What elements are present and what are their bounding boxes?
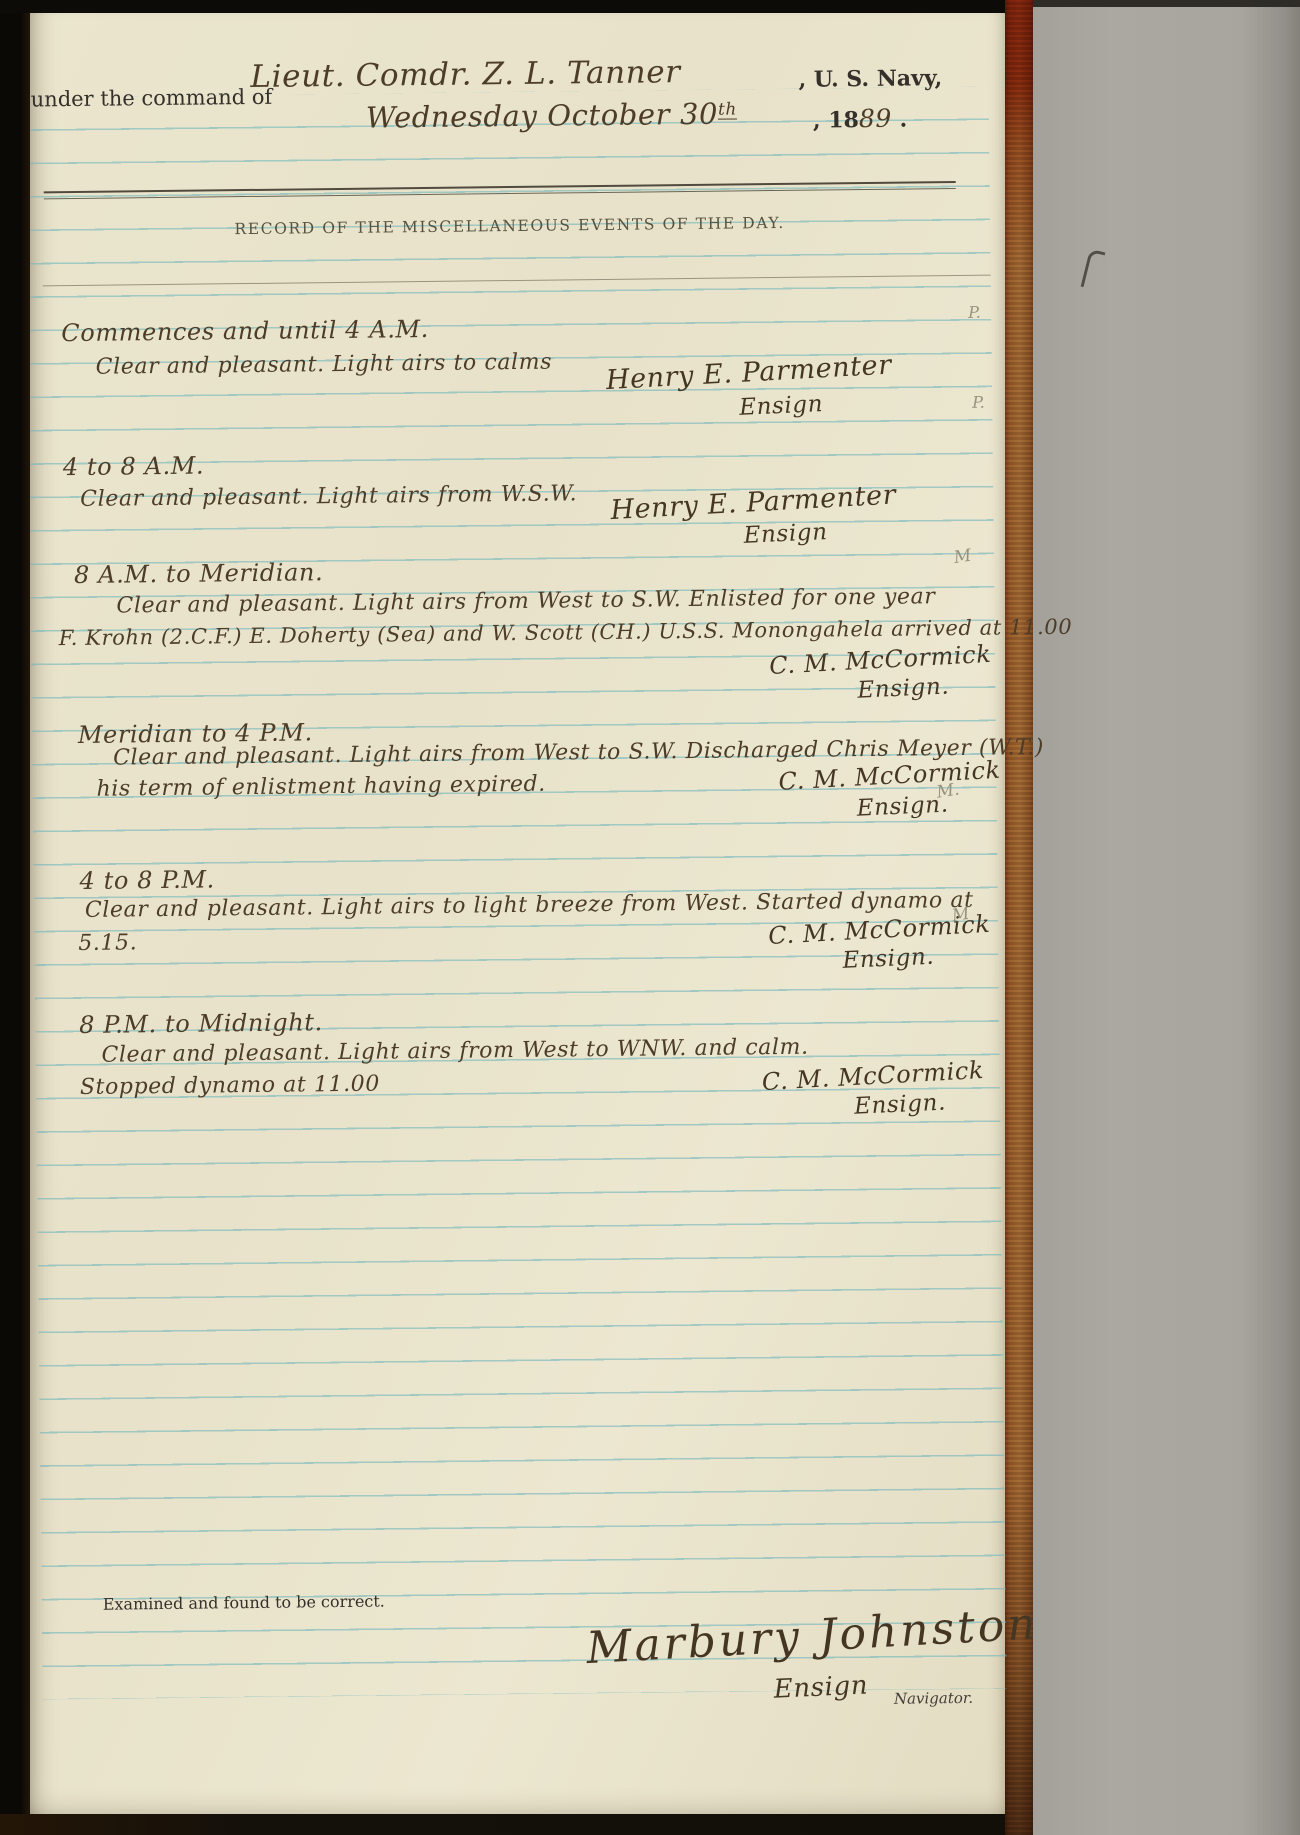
watch-time-label: Commences and until 4 A.M. [61, 315, 429, 347]
command-prefix-label: under the command of [31, 85, 273, 112]
scan-bottom-edge [0, 1814, 1005, 1835]
officer-rank: Ensign [743, 519, 828, 549]
officer-rank: Ensign. [856, 792, 949, 822]
officer-rank: Ensign. [854, 1090, 947, 1120]
logbook-page: under the command of Lieut. Comdr. Z. L.… [30, 0, 1005, 1835]
examined-statement: Examined and found to be correct. [103, 1592, 385, 1614]
date-text: Wednesday October 30 [366, 97, 719, 135]
page-content: under the command of Lieut. Comdr. Z. L.… [20, 0, 1016, 1835]
officer-rank: Ensign [739, 391, 824, 421]
watch-time-label: 8 P.M. to Midnight. [79, 1008, 323, 1039]
pencil-check-mark: P. [968, 303, 981, 322]
date-handwriting: Wednesday October 30th [366, 96, 737, 134]
navigator-rank: Ensign [773, 1670, 869, 1704]
year-printed-prefix: , 18 [813, 107, 859, 134]
pencil-check-mark: P. [972, 393, 985, 412]
navy-label: , U. S. Navy, [798, 65, 942, 93]
book-gutter-edge [0, 0, 30, 1835]
navigator-printed-label: Navigator. [894, 1689, 973, 1708]
entry-line: Clear and pleasant. Light airs to calms [96, 350, 553, 380]
entry-line: his term of enlistment having expired. [96, 772, 546, 802]
commander-name-handwriting: Lieut. Comdr. Z. L. Tanner [250, 54, 681, 95]
officer-rank: Ensign. [857, 673, 950, 703]
scan-top-edge [0, 0, 1005, 13]
entry-line: 5.15. [78, 930, 137, 956]
pencil-initial-mark: M [951, 904, 971, 926]
entry-line: Stopped dynamo at 11.00 [80, 1072, 380, 1100]
officer-rank: Ensign. [842, 944, 935, 974]
year-handwritten: 89 [859, 104, 892, 133]
scanner-background [1033, 0, 1300, 1835]
watch-time-label: 8 A.M. to Meridian. [74, 558, 323, 589]
date-ordinal: th [718, 98, 737, 119]
logbook-scan: under the command of Lieut. Comdr. Z. L.… [0, 0, 1300, 1835]
watch-time-label: 4 to 8 P.M. [79, 865, 215, 895]
year-line: , 1889 . [813, 104, 908, 134]
scanner-background-edge [1033, 0, 1300, 7]
year-period: . [899, 107, 907, 133]
pencil-initial-mark: M [953, 546, 973, 568]
watch-time-label: 4 to 8 A.M. [63, 452, 205, 482]
pencil-initial-mark: M. [935, 780, 961, 803]
